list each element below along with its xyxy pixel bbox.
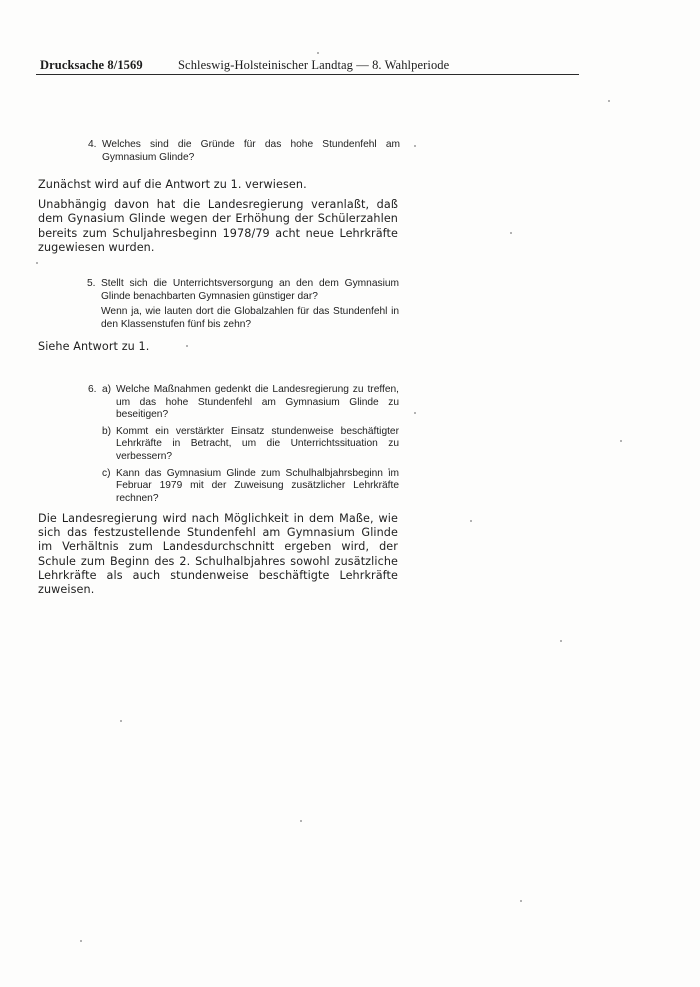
scan-speck xyxy=(414,145,416,147)
question-text: Stellt sich die Unterrichtsversorgung an… xyxy=(101,278,399,303)
answer-paragraph: Zunächst wird auf die Antwort zu 1. verw… xyxy=(38,178,398,192)
scan-speck xyxy=(470,520,472,522)
answer-paragraph: Siehe Antwort zu 1. xyxy=(38,340,398,354)
answer-5: Siehe Antwort zu 1. xyxy=(38,340,398,358)
sub-question-text: Kann das Gymnasium Glinde zum Schulhalbj… xyxy=(116,468,399,504)
sub-question-letter: b) xyxy=(102,426,111,439)
scan-speck xyxy=(510,232,512,234)
question-text: Wenn ja, wie lauten dort die Globalzahle… xyxy=(101,306,399,331)
page-header: Drucksache 8/1569 Schleswig-Holsteinisch… xyxy=(36,58,579,75)
scan-speck xyxy=(560,640,562,642)
answer-4: Zunächst wird auf die Antwort zu 1. verw… xyxy=(38,178,398,259)
scan-speck xyxy=(388,468,390,470)
document-page: Drucksache 8/1569 Schleswig-Holsteinisch… xyxy=(0,0,700,987)
question-text: Welches sind die Gründe für das hohe Stu… xyxy=(102,139,400,164)
question-number: 4. xyxy=(88,139,97,152)
scan-speck xyxy=(80,940,82,942)
question-6: 6. a) Welche Maßnahmen gedenkt die Lande… xyxy=(102,384,399,509)
sub-question-c: c) Kann das Gymnasium Glinde zum Schulha… xyxy=(102,468,399,506)
sub-question-a: a) Welche Maßnahmen gedenkt die Landesre… xyxy=(102,384,399,422)
question-number: 5. xyxy=(87,278,96,291)
scan-speck xyxy=(608,100,610,102)
question-4: 4. Welches sind die Gründe für das hohe … xyxy=(102,139,400,167)
scan-speck xyxy=(120,720,122,722)
answer-paragraph: Unabhängig davon hat die Landesregierung… xyxy=(38,198,398,255)
sub-question-b: b) Kommt ein verstärkter Einsatz stunden… xyxy=(102,426,399,464)
header-title: Schleswig-Holsteinischer Landtag — 8. Wa… xyxy=(178,58,449,72)
scan-speck xyxy=(620,440,622,442)
question-number: 6. xyxy=(88,384,97,397)
document-number: Drucksache 8/1569 xyxy=(40,58,143,72)
question-5: 5. Stellt sich die Unterrichtsversorgung… xyxy=(101,278,399,334)
scan-speck xyxy=(520,900,522,902)
answer-6: Die Landesregierung wird nach Möglichkei… xyxy=(38,512,398,601)
sub-question-letter: c) xyxy=(102,468,111,481)
scan-speck xyxy=(186,345,188,347)
answer-paragraph: Die Landesregierung wird nach Möglichkei… xyxy=(38,512,398,597)
scan-speck xyxy=(36,262,38,264)
sub-question-text: Kommt ein verstärkter Einsatz stundenwei… xyxy=(116,426,399,462)
sub-question-text: Welche Maßnahmen gedenkt die Landesregie… xyxy=(116,384,399,420)
scan-speck xyxy=(317,52,319,54)
scan-speck xyxy=(414,412,416,414)
sub-question-letter: a) xyxy=(102,384,111,397)
scan-speck xyxy=(300,820,302,822)
